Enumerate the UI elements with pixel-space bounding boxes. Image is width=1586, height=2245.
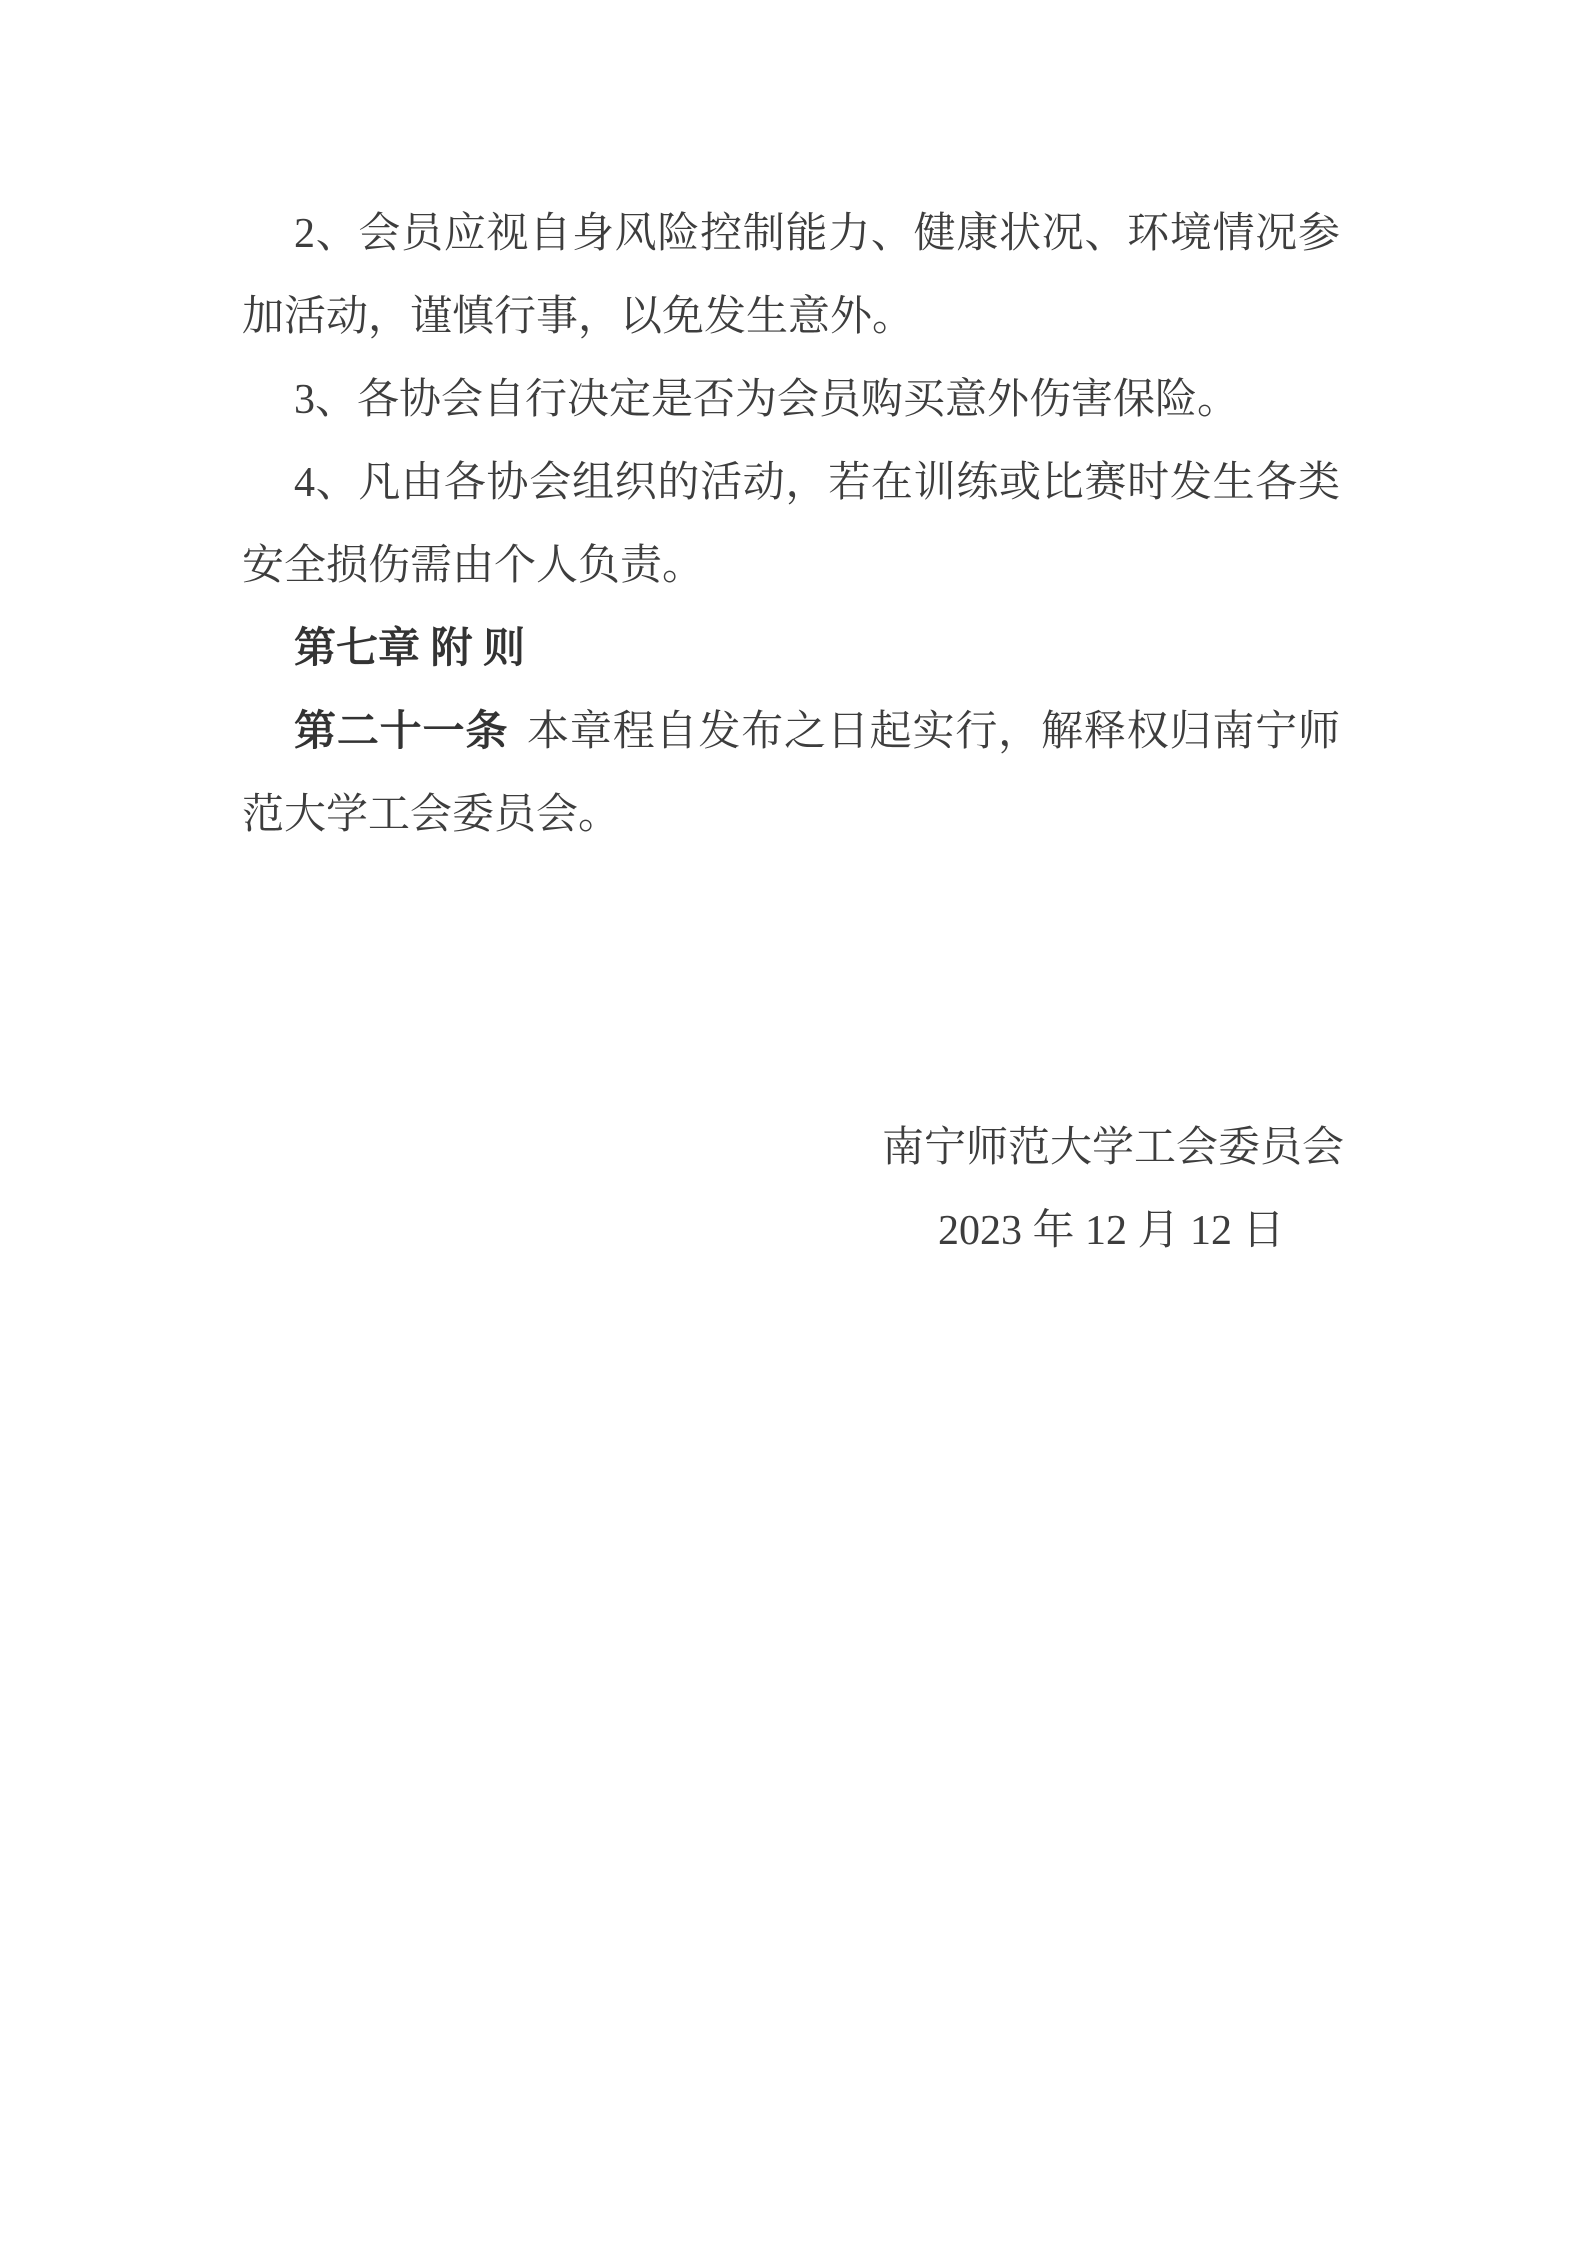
- signature-organization: 南宁师范大学工会委员会: [882, 1107, 1344, 1190]
- document-body: 2、会员应视自身风险控制能力、健康状况、环境情况参加活动，谨慎行事，以免发生意外…: [242, 193, 1340, 857]
- article-21-label: 第二十一条: [294, 709, 508, 755]
- signature-date: 2023 年 12 月 12 日: [938, 1190, 1285, 1273]
- paragraph-item-3: 3、各协会自行决定是否为会员购买意外伤害保险。: [242, 359, 1340, 442]
- paragraph-item-2: 2、会员应视自身风险控制能力、健康状况、环境情况参加活动，谨慎行事，以免发生意外…: [242, 193, 1340, 359]
- paragraph-item-4: 4、凡由各协会组织的活动，若在训练或比赛时发生各类安全损伤需由个人负责。: [242, 442, 1340, 608]
- article-21-paragraph: 第二十一条本章程自发布之日起实行，解释权归南宁师范大学工会委员会。: [242, 691, 1340, 857]
- document-page: 2、会员应视自身风险控制能力、健康状况、环境情况参加活动，谨慎行事，以免发生意外…: [0, 0, 1586, 2245]
- chapter-seven-heading: 第七章 附 则: [242, 608, 1340, 691]
